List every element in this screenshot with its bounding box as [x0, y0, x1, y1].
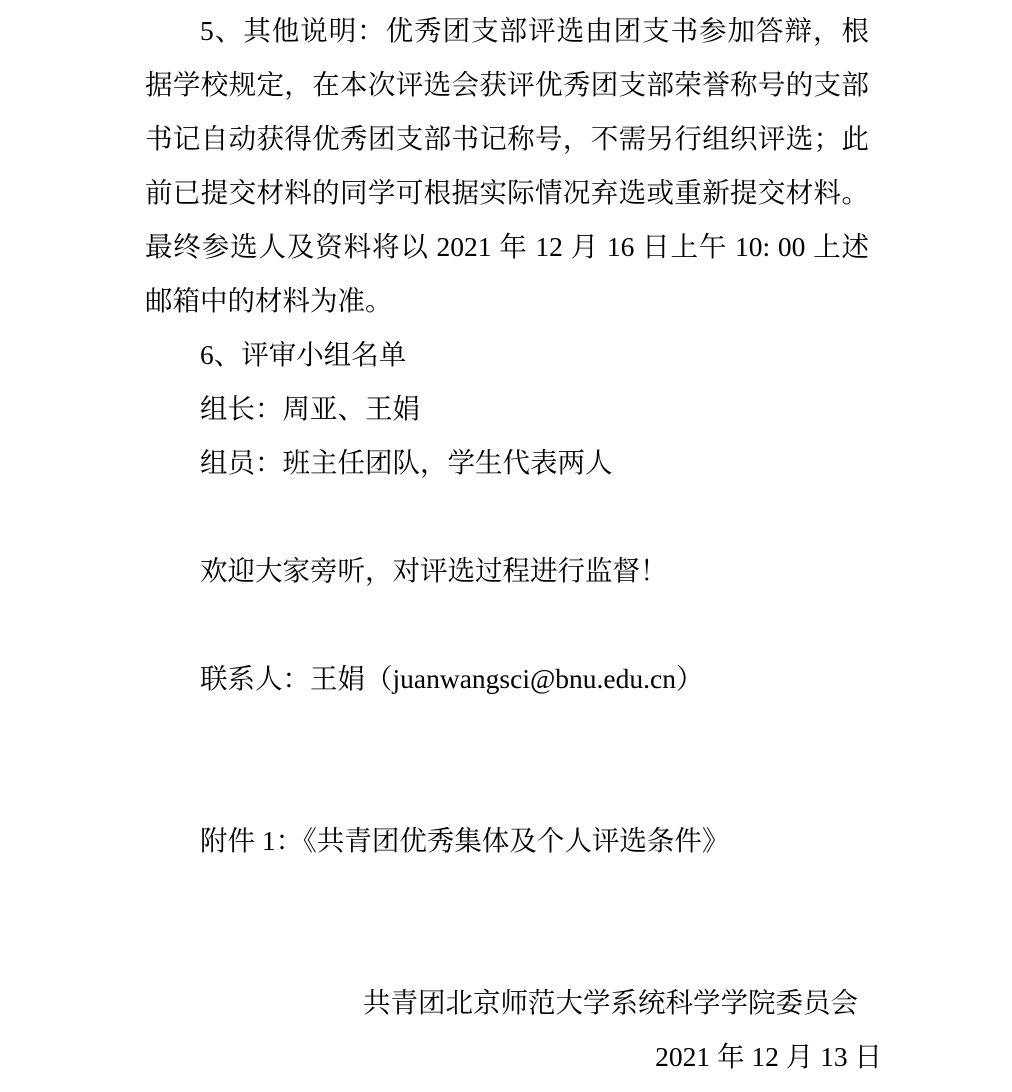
welcome-line: 欢迎大家旁听，对评选过程进行监督！	[145, 544, 869, 598]
other-notes-line-6: 邮箱中的材料为准。	[145, 274, 869, 328]
review-panel-heading: 6、评审小组名单	[145, 328, 869, 382]
other-notes-line-5: 最终参选人及资料将以 2021 年 12 月 16 日上午 10: 00 上述	[145, 220, 869, 274]
other-notes-line-4: 前已提交材料的同学可根据实际情况弃选或重新提交材料。	[145, 166, 869, 220]
attachment-line: 附件 1：《共青团优秀集体及个人评选条件》	[145, 814, 869, 868]
other-notes-line-2: 据学校规定，在本次评选会获评优秀团支部荣誉称号的支部	[145, 58, 869, 112]
date-line: 2021 年 12 月 13 日	[145, 1030, 882, 1084]
other-notes-line-1: 5、其他说明：优秀团支部评选由团支书参加答辩，根	[145, 4, 869, 58]
contact-line: 联系人：王娟（juanwangsci@bnu.edu.cn）	[145, 652, 869, 706]
review-panel-members-line: 组员：班主任团队，学生代表两人	[145, 436, 869, 490]
review-panel-leaders-line: 组长：周亚、王娟	[145, 382, 869, 436]
other-notes-line-3: 书记自动获得优秀团支部书记称号，不需另行组织评选；此	[145, 112, 869, 166]
signature-line: 共青团北京师范大学系统科学学院委员会	[145, 976, 869, 1030]
document-page: 5、其他说明：优秀团支部评选由团支书参加答辩，根 据学校规定，在本次评选会获评优…	[0, 0, 1012, 1092]
notice-body: 5、其他说明：优秀团支部评选由团支书参加答辩，根 据学校规定，在本次评选会获评优…	[145, 4, 869, 1084]
